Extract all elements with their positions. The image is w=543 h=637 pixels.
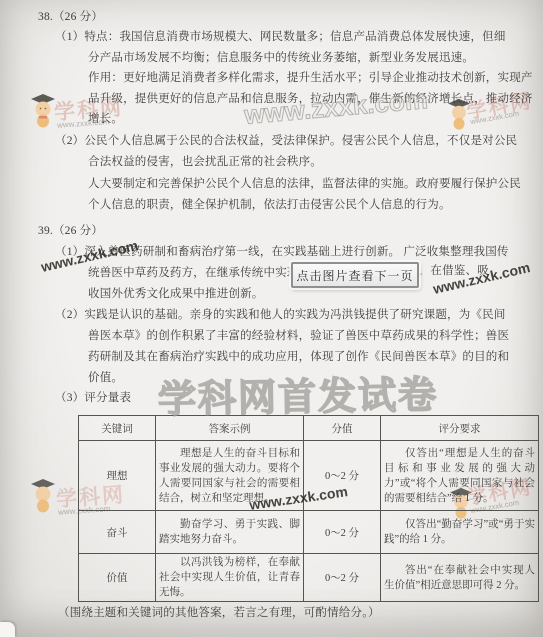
q39-part2-line: 价值。 — [88, 371, 123, 385]
q38-part1-line: 作用：更好地满足消费者多样化需求，提升生活水平；引导企业推动技术创新，实现产 — [88, 71, 533, 85]
col-header-score: 分值 — [304, 416, 381, 441]
q39-part2-line: 兽医本草》的创作积累了丰富的经验材料，验证了兽医中草药成果的科学性；兽医 — [88, 329, 509, 343]
col-header-answer: 答案示例 — [156, 416, 304, 441]
q38-part2-line: 合法权益的侵害，也会扰乱正常的社会秩序。 — [88, 155, 322, 169]
table-header-row: 关键词 答案示例 分值 评分要求 — [79, 416, 539, 441]
q39-part2-line: 药研制及其在畜病治疗实践中的成功应用，体现了创作《民间兽医本草》的目的和 — [88, 350, 509, 364]
q38-part1-line: （1）特点：我国信息消费市场规模大、网民数量多；信息产品消费总体发展快速，但细 — [55, 30, 506, 44]
q38-heading: 38.（26 分） — [38, 10, 103, 24]
answer-sheet-image[interactable]: 学科网 www.zxxk.com 学科网 www.zxxk.com 学科网 ww… — [0, 0, 543, 637]
q38-part2-line: 个人信息的职责，健全保护机制，依法打击侵害公民个人信息的行为。 — [88, 198, 451, 212]
row-keyword: 理想 — [79, 441, 156, 511]
page-corner-curl — [0, 622, 15, 637]
col-header-keyword: 关键词 — [79, 416, 156, 441]
row-answer: 理想是人生的奋斗目标和事业发展的强大动力。要将个人需要同国家与社会的需要相结合，… — [159, 446, 300, 506]
q38-part1-line: 分产品市场发展不均衡；信息服务中的传统业务萎缩，新型业务发展迅速。 — [88, 51, 474, 65]
q39-part1-line-fragment: 果，在借鉴、吸 — [407, 264, 489, 278]
row-score: 0～2 分 — [304, 441, 381, 511]
row-answer: 以冯洪钱为榜样，在奉献社会中实现人生价值，让青春无悔。 — [159, 555, 300, 600]
row-keyword: 价值 — [79, 554, 156, 602]
zxxk-mascot-icon — [30, 478, 56, 514]
row-score: 0～2 分 — [304, 511, 381, 554]
table-footnote: （围绕主题和关键词的其他答案，若言之有理，可酌情给分。） — [58, 606, 380, 620]
next-page-tooltip[interactable]: 点击图片查看下一页 — [291, 262, 419, 288]
q38-part1-line: 增长。 — [88, 112, 123, 126]
q39-part1-line: 统兽医中草药及药方，在继承传统中实现创 — [88, 266, 310, 280]
q38-part2-line: 人大要制定和完善保护公民个人信息的法律，监督法律的实施。政府要履行保护公民 — [88, 177, 521, 191]
q39-part1-line: 收国外优秀文化成果中推进创新。 — [88, 287, 264, 301]
q38-part1-line: 品升级，提供更好的信息产品和信息服务，拉动内需，催生新的经济增长点，推动经济 — [88, 92, 533, 106]
row-score: 0～2 分 — [304, 554, 381, 602]
q38-part2-line: （2）公民个人信息属于公民的合法权益，受法律保护。侵害公民个人信息，不仅是对公民 — [55, 134, 517, 148]
table-row: 理想 理想是人生的奋斗目标和事业发展的强大动力。要将个人需要同国家与社会的需要相… — [79, 441, 539, 511]
q39-part3-label: （3）评分量表 — [55, 391, 131, 405]
row-criteria: 答出“在奉献社会中实现人生价值”相近意思即可得 2 分。 — [384, 563, 535, 593]
row-criteria: 仅答出“理想是人生的奋斗目标和事业发展的强大动力”或“将个人需要同国家与社会的需… — [384, 446, 535, 506]
zxxk-mascot-icon — [30, 93, 56, 129]
q39-part2-line: （2）实践是认识的基础。亲身的实践和他人的实践为冯洪钱提供了研究课题，为《民间 — [55, 308, 506, 322]
row-answer: 勤奋学习、勇于实践、脚踏实地努力奋斗。 — [159, 517, 300, 547]
row-keyword: 奋斗 — [79, 511, 156, 554]
table-row: 奋斗 勤奋学习、勇于实践、脚踏实地努力奋斗。 0～2 分 仅答出“勤奋学习”或“… — [79, 511, 539, 554]
col-header-criteria: 评分要求 — [381, 416, 539, 441]
scoring-table: 关键词 答案示例 分值 评分要求 理想 理想是人生的奋斗目标和事业发展的强大动力… — [78, 415, 539, 602]
table-row: 价值 以冯洪钱为榜样，在奉献社会中实现人生价值，让青春无悔。 0～2 分 答出“… — [79, 554, 539, 602]
row-criteria: 仅答出“勤奋学习”或“勇于实践”的给 1 分。 — [384, 517, 535, 547]
zxxk-url-watermark: www.zxxk.com — [470, 109, 520, 126]
q39-heading: 39.（26 分） — [38, 224, 103, 238]
q39-part1-line: （1）深入兽医药研制和畜病治疗第一线，在实践基础上进行创新。 广泛收集整理我国传 — [55, 245, 509, 259]
